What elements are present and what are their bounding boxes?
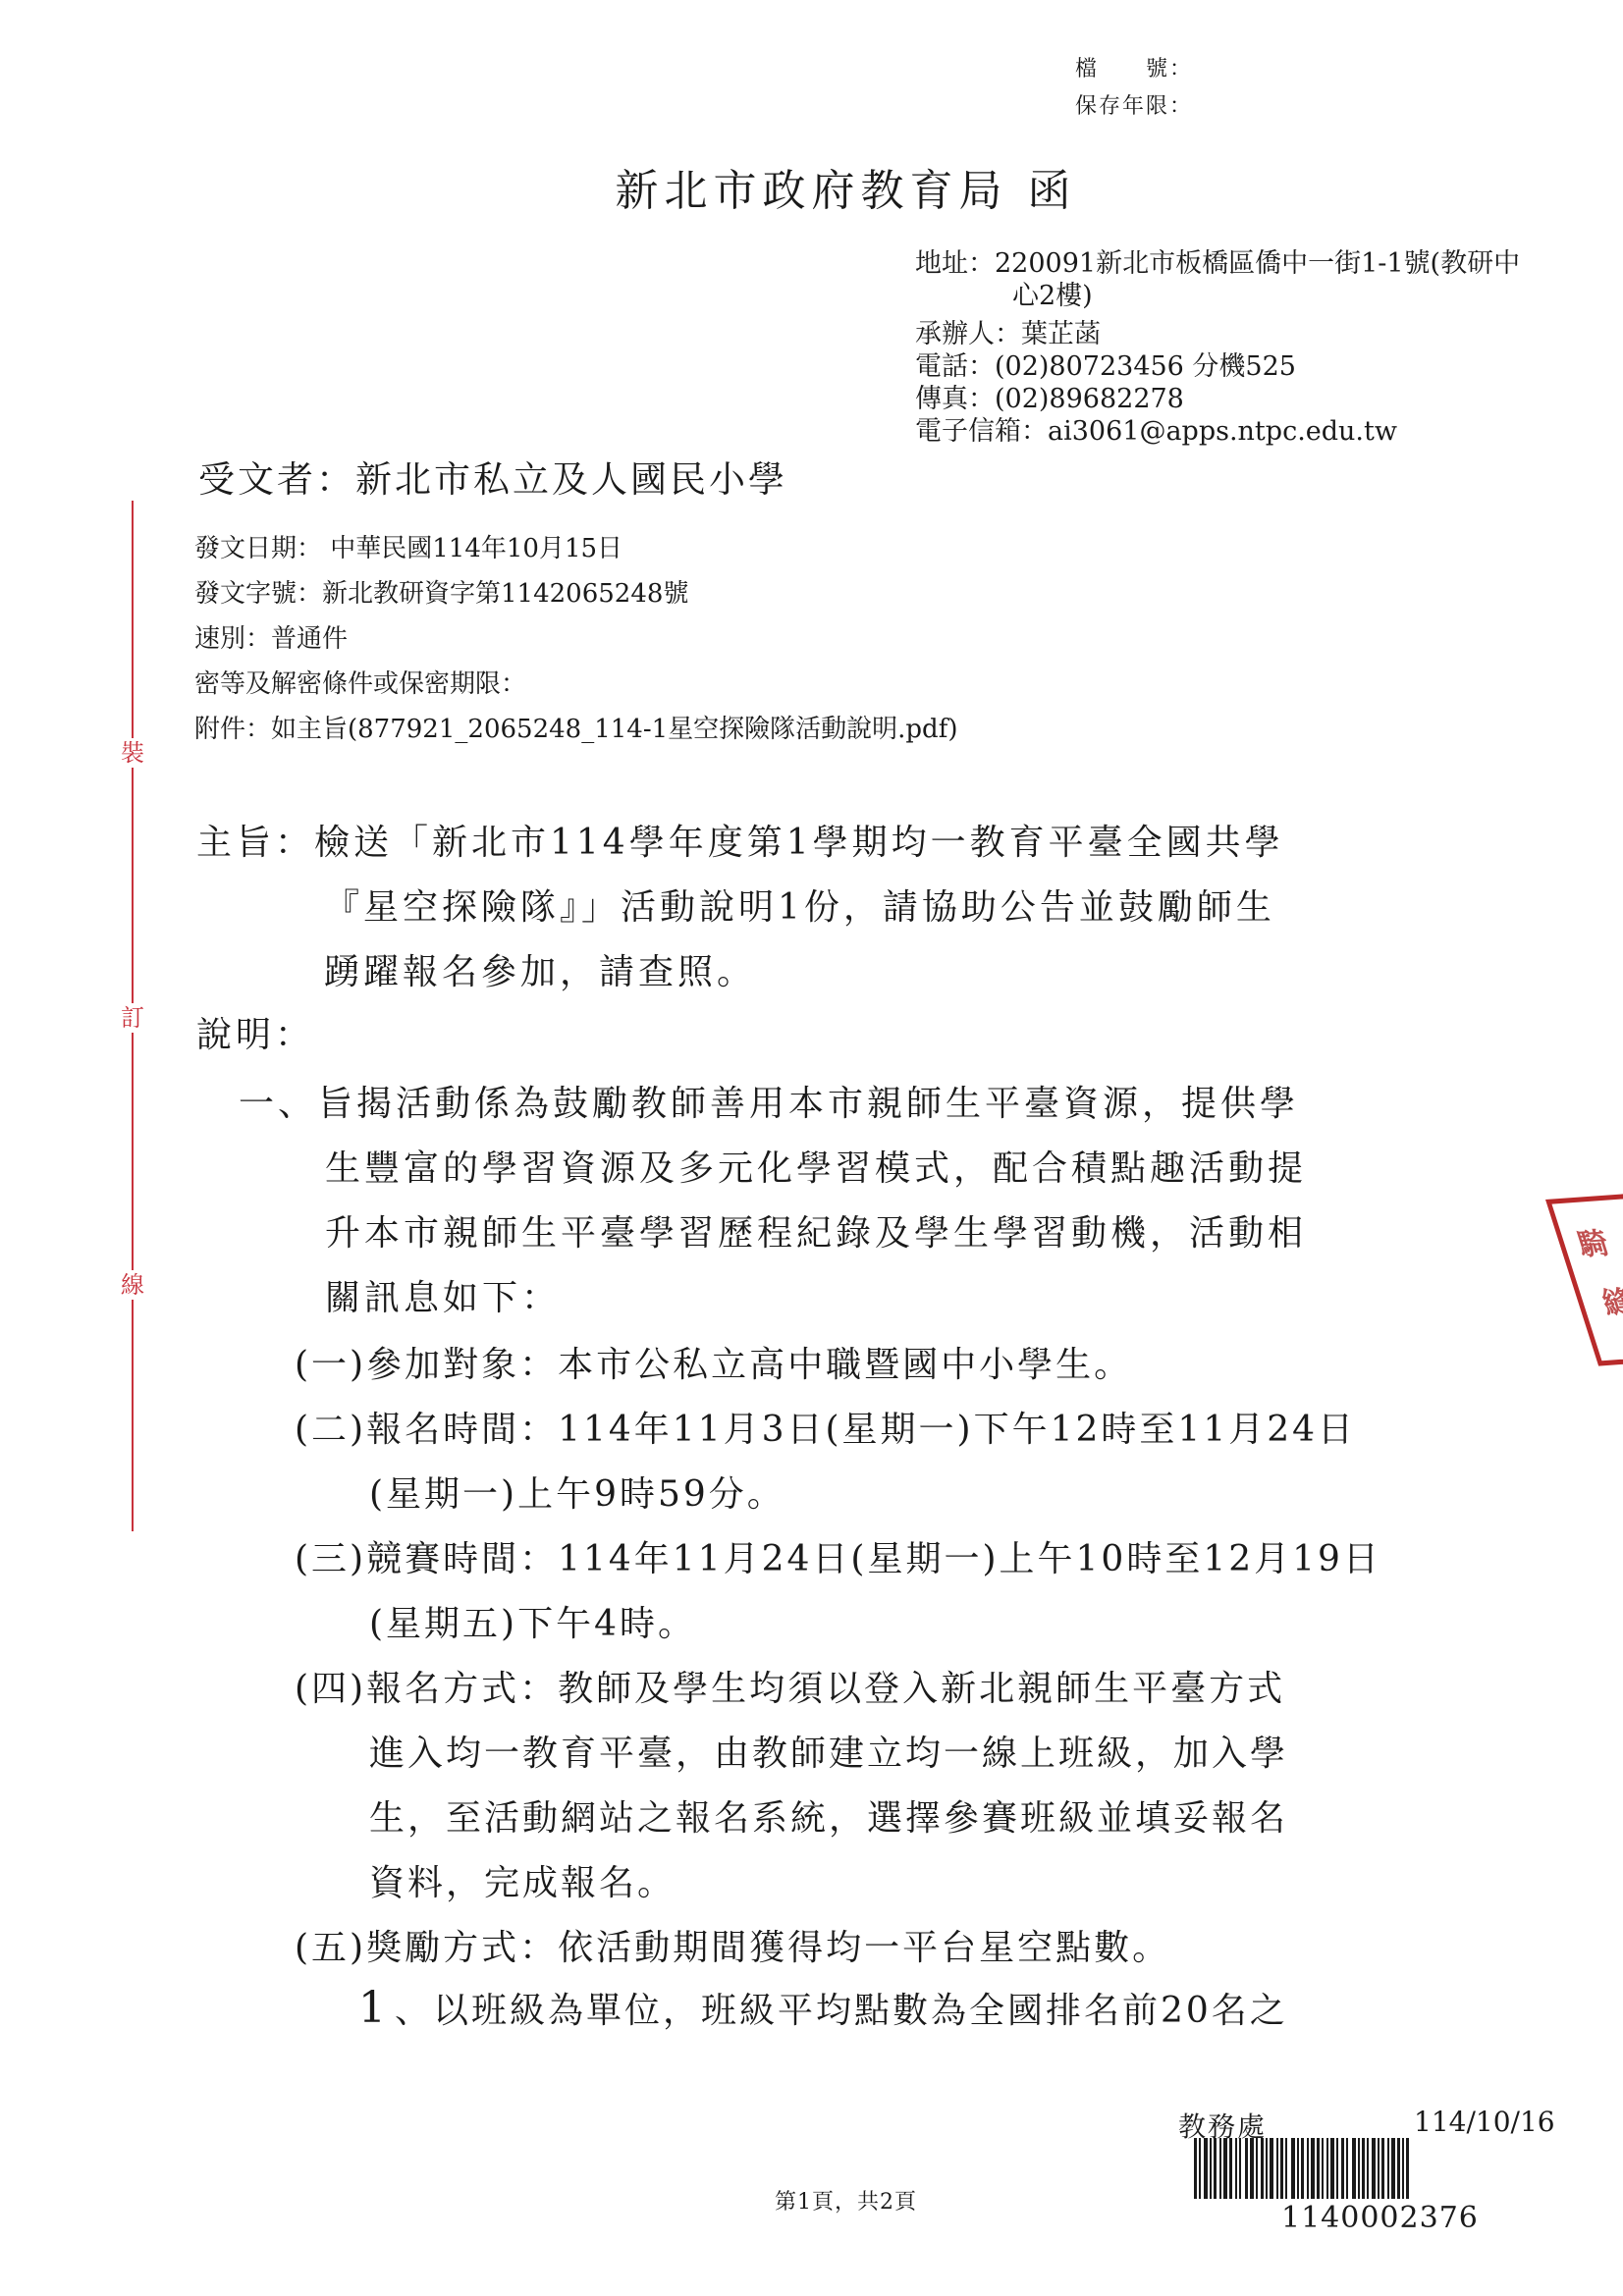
sub-item-registration-method-cont: 進入均一教育平臺，由教師建立均一線上班級，加入學 xyxy=(295,1722,1473,1787)
seal-stamp-char: 騎 xyxy=(1571,1213,1623,1263)
handler: 承辦人：葉芷菡 xyxy=(915,318,1622,350)
binding-char-xian: 線 xyxy=(117,1270,148,1300)
reward-point-1: 1、以班級為單位，班級平均點數為全國排名前20名之 xyxy=(358,1983,1288,2033)
file-metadata: 檔 號： 保存年限： xyxy=(1075,51,1193,126)
sub-item-list: (一)參加對象：本市公私立高中職暨國中小學生。 (二)報名時間：114年11月3… xyxy=(295,1333,1473,1981)
sub-item-registration-time: (二)報名時間：114年11月3日(星期一)下午12時至11月24日 xyxy=(295,1398,1473,1463)
seal-stamp: 騎 縫 xyxy=(1545,1191,1623,1366)
document-metadata: 發文日期： 中華民國114年10月15日 發文字號：新北教研資字第1142065… xyxy=(194,526,957,752)
item-line: 一、旨揭活動係為鼓勵教師善用本市親師生平臺資源，提供學 xyxy=(239,1072,1466,1137)
explanation-heading: 說明： xyxy=(196,1007,314,1057)
reward-point-text: 、以班級為單位，班級平均點數為全國排名前20名之 xyxy=(395,1991,1288,2031)
sub-item-competition-time-cont: (星期五)下午4時。 xyxy=(295,1592,1473,1657)
sub-item-reward-method: (五)獎勵方式：依活動期間獲得均一平台星空點數。 xyxy=(295,1916,1473,1981)
barcode xyxy=(1194,2138,1512,2199)
address-line: 地址：220091新北市板橋區僑中一街1-1號(教研中 xyxy=(915,247,1622,280)
sub-item-registration-method-cont: 資料，完成報名。 xyxy=(295,1851,1473,1916)
urgency: 速別：普通件 xyxy=(194,616,957,662)
confidentiality: 密等及解密條件或保密期限： xyxy=(194,662,957,707)
issue-date: 發文日期： 中華民國114年10月15日 xyxy=(194,526,957,571)
sub-item-registration-method: (四)報名方式：教師及學生均須以登入新北親師生平臺方式 xyxy=(295,1657,1473,1722)
sub-item-registration-method-cont: 生，至活動網站之報名系統，選擇參賽班級並填妥報名 xyxy=(295,1787,1473,1851)
phone: 電話：(02)80723456 分機525 xyxy=(915,350,1622,383)
sub-item-competition-time: (三)競賽時間：114年11月24日(星期一)上午10時至12月19日 xyxy=(295,1527,1473,1592)
attachment: 附件：如主旨(877921_2065248_114-1星空探險隊活動說明.pdf… xyxy=(194,707,957,752)
item-line: 升本市親師生平臺學習歷程紀錄及學生學習動機，活動相 xyxy=(239,1201,1466,1266)
item-line: 生豐富的學習資源及多元化學習模式，配合積點趣活動提 xyxy=(239,1137,1466,1201)
recipient: 受文者：新北市私立及人國民小學 xyxy=(198,450,787,503)
explanation-item-1: 一、旨揭活動係為鼓勵教師善用本市親師生平臺資源，提供學 生豐富的學習資源及多元化… xyxy=(239,1072,1466,1331)
binding-char-zhuang: 裝 xyxy=(117,738,148,768)
contact-block: 地址：220091新北市板橋區僑中一街1-1號(教研中 心2樓) 承辦人：葉芷菡… xyxy=(915,247,1622,448)
retention-period-label: 保存年限： xyxy=(1075,88,1193,126)
address-line-continued: 心2樓) xyxy=(915,280,1622,312)
subject-line: 踴躍報名參加，請查照。 xyxy=(196,940,1443,1005)
file-number-label: 檔 號： xyxy=(1075,51,1193,88)
item-line: 關訊息如下： xyxy=(239,1266,1466,1331)
document-number: 發文字號：新北教研資字第1142065248號 xyxy=(194,571,957,616)
email: 電子信箱：ai3061@apps.ntpc.edu.tw xyxy=(915,415,1622,448)
reward-point-number: 1 xyxy=(358,1983,389,2033)
subject-section: 主旨：檢送「新北市114學年度第1學期均一教育平臺全國共學 『星空探險隊』」活動… xyxy=(196,811,1443,1005)
sub-item-registration-time-cont: (星期一)上午9時59分。 xyxy=(295,1463,1473,1527)
subject-line: 『星空探險隊』」活動說明1份，請協助公告並鼓勵師生 xyxy=(196,876,1443,940)
fax: 傳真：(02)89682278 xyxy=(915,383,1622,415)
sub-item-participants: (一)參加對象：本市公私立高中職暨國中小學生。 xyxy=(295,1333,1473,1398)
seal-stamp-char: 縫 xyxy=(1596,1272,1623,1322)
document-title: 新北市政府教育局 函 xyxy=(0,155,1623,218)
subject-line: 主旨：檢送「新北市114學年度第1學期均一教育平臺全國共學 xyxy=(196,811,1443,876)
binding-char-ding: 訂 xyxy=(117,1003,148,1033)
barcode-number: 1140002376 xyxy=(1281,2201,1479,2235)
receive-date: 114/10/16 xyxy=(1414,2106,1555,2138)
